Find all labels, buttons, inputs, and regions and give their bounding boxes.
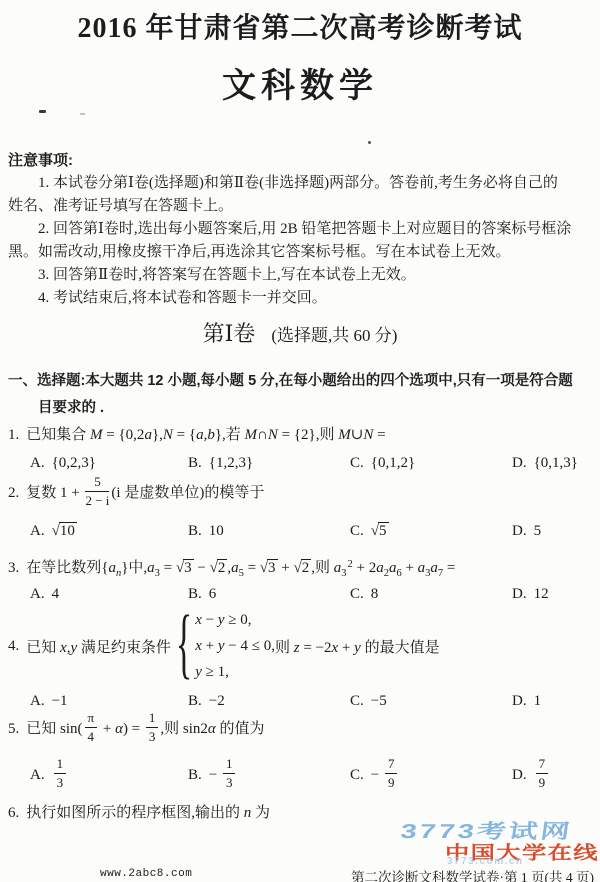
option-value: 1 [534, 693, 542, 709]
option-value: {1,2,3} [209, 455, 253, 471]
option-value: √5 [371, 523, 389, 539]
instruction-line-1: 一、选择题:本大题共 12 小题,每小题 5 分,在每小题给出的四个选项中,只有… [8, 369, 573, 390]
option-label: A. [30, 693, 45, 709]
option-label: A. [30, 767, 45, 783]
option-b: B.6 [188, 582, 216, 606]
volume-label: 第Ⅰ卷 [203, 321, 256, 346]
option-value: 6 [209, 586, 217, 602]
question-stem: 在等比数列{an}中,a3 = √3 − √2,a5 = √3 + √2,则 a… [26, 560, 455, 576]
notice-heading: 注意事项: [8, 149, 73, 170]
instruction-line-2: 目要求的 . [38, 396, 104, 417]
option-a: A.−1 [30, 689, 68, 713]
option-b: B.−2 [188, 689, 225, 713]
subject-title: 文科数学 [0, 58, 600, 107]
question-number: 1. [8, 427, 19, 443]
option-c: C.{0,1,2} [350, 451, 415, 475]
question-stem: 已知集合 M = {0,2a},N = {a,b},若 M∩N = {2},则 … [26, 427, 385, 443]
question-number: 4. [8, 638, 19, 655]
option-label: C. [350, 523, 364, 539]
scan-artifact [368, 141, 371, 144]
option-d: D.{0,1,3} [512, 451, 578, 475]
section-subtitle: (选择题,共 60 分) [271, 326, 397, 345]
scan-artifact [39, 110, 46, 113]
option-value: {0,1,2} [371, 455, 415, 471]
constraint-line: y ≥ 1, [195, 659, 275, 685]
constraint-line: x − y ≥ 0, [195, 607, 275, 633]
option-a: A.4 [30, 582, 59, 606]
question-stem: 已知 sin(π4 + α) = 13,则 sin2α 的值为 [26, 721, 264, 737]
question-stem: 已知 x,y 满足约束条件 [26, 636, 171, 657]
notice-line-2a: 2. 回答第Ⅰ卷时,选出每小题答案后,用 2B 铅笔把答题卡上对应题目的答案标号… [8, 220, 592, 239]
question-stem: 复数 1 + 52 − i(i 是虚数单位)的模等于 [26, 485, 264, 501]
option-label: B. [188, 586, 202, 602]
option-value: −1 [52, 693, 68, 709]
question-2-options: A.√10 B.10 C.√5 D.5 [0, 519, 600, 545]
option-label: B. [188, 523, 202, 539]
option-value: 13 [52, 767, 69, 783]
option-value: 5 [534, 523, 542, 539]
option-d: D.5 [512, 519, 541, 543]
question-5-options: A.13 B.− 13 C.− 79 D.79 [0, 757, 600, 795]
footer-page-info: 第二次诊断文科数学试卷·第 1 页(共 4 页) [351, 866, 594, 882]
question-stem-continued: 则 z = −2x + y 的最大值是 [275, 636, 440, 657]
option-label: D. [512, 693, 527, 709]
question-stem: 执行如图所示的程序框图,输出的 n 为 [26, 805, 270, 821]
option-value: − 13 [209, 767, 238, 783]
option-label: B. [188, 767, 202, 783]
notice-line-4: 4. 考试结束后,将本试卷和答题卡一并交回。 [8, 289, 592, 308]
option-a: A.√10 [30, 519, 77, 543]
option-label: D. [512, 767, 527, 783]
option-label: A. [30, 455, 45, 471]
question-1: 1.已知集合 M = {0,2a},N = {a,b},若 M∩N = {2},… [8, 423, 592, 447]
option-b: B.{1,2,3} [188, 451, 253, 475]
question-1-options: A.{0,2,3} B.{1,2,3} C.{0,1,2} D.{0,1,3} [0, 451, 600, 477]
option-b: B.− 13 [188, 757, 237, 793]
option-a: A.13 [30, 757, 68, 793]
option-c: C.8 [350, 582, 378, 606]
question-4: 4.已知 x,y 满足约束条件{x − y ≥ 0,x + y − 4 ≤ 0,… [8, 606, 440, 686]
option-value: 8 [371, 586, 379, 602]
option-value: 79 [534, 767, 551, 783]
option-label: B. [188, 455, 202, 471]
option-b: B.10 [188, 519, 224, 543]
option-label: C. [350, 586, 364, 602]
option-label: C. [350, 455, 364, 471]
question-number: 2. [8, 485, 19, 501]
option-value: {0,2,3} [52, 455, 96, 471]
option-c: C.−5 [350, 689, 387, 713]
section-heading: 第Ⅰ卷(选择题,共 60 分) [0, 317, 600, 348]
option-value: −2 [209, 693, 225, 709]
option-label: D. [512, 586, 527, 602]
option-label: D. [512, 523, 527, 539]
question-number: 5. [8, 721, 19, 737]
option-value: −5 [371, 693, 387, 709]
system-brace: { [176, 602, 192, 689]
option-label: A. [30, 586, 45, 602]
option-label: A. [30, 523, 45, 539]
question-2: 2.复数 1 + 52 − i(i 是虚数单位)的模等于 [8, 476, 592, 511]
question-5: 5.已知 sin(π4 + α) = 13,则 sin2α 的值为 [8, 711, 592, 747]
option-d: D.1 [512, 689, 541, 713]
exam-title: 2016 年甘肃省第二次高考诊断考试 [0, 6, 600, 46]
notice-line-1a: 1. 本试卷分第Ⅰ卷(选择题)和第Ⅱ卷(非选择题)两部分。答卷前,考生务必将自己… [8, 174, 592, 193]
option-value: 12 [534, 586, 549, 602]
notice-line-2b: 黑。如需改动,用橡皮擦干净后,再选涂其它答案标号框。写在本试卷上无效。 [8, 243, 592, 262]
option-c: C.√5 [350, 519, 389, 543]
question-3-options: A.4 B.6 C.8 D.12 [0, 582, 600, 608]
notice-line-3: 3. 回答第Ⅱ卷时,将答案写在答题卡上,写在本试卷上无效。 [8, 266, 592, 285]
question-number: 3. [8, 560, 19, 576]
option-c: C.− 79 [350, 757, 399, 793]
option-label: B. [188, 693, 202, 709]
footer-source-url: www.2abc8.com [100, 868, 192, 880]
notice-line-1b: 姓名、准考证号填写在答题卡上。 [8, 197, 592, 216]
question-number: 6. [8, 805, 19, 821]
option-value: 4 [52, 586, 60, 602]
option-d: D.79 [512, 757, 550, 793]
scan-artifact [80, 113, 85, 115]
constraint-line: x + y − 4 ≤ 0, [195, 633, 275, 659]
exam-paper-page: 2016 年甘肃省第二次高考诊断考试 文科数学 注意事项: 1. 本试卷分第Ⅰ卷… [0, 0, 600, 882]
option-value: − 79 [371, 767, 400, 783]
option-a: A.{0,2,3} [30, 451, 96, 475]
option-value: {0,1,3} [534, 455, 578, 471]
option-label: D. [512, 455, 527, 471]
constraint-system: x − y ≥ 0,x + y − 4 ≤ 0,y ≥ 1, [195, 607, 275, 685]
option-label: C. [350, 767, 364, 783]
option-value: √10 [52, 523, 77, 539]
option-value: 10 [209, 523, 224, 539]
option-label: C. [350, 693, 364, 709]
option-d: D.12 [512, 582, 549, 606]
